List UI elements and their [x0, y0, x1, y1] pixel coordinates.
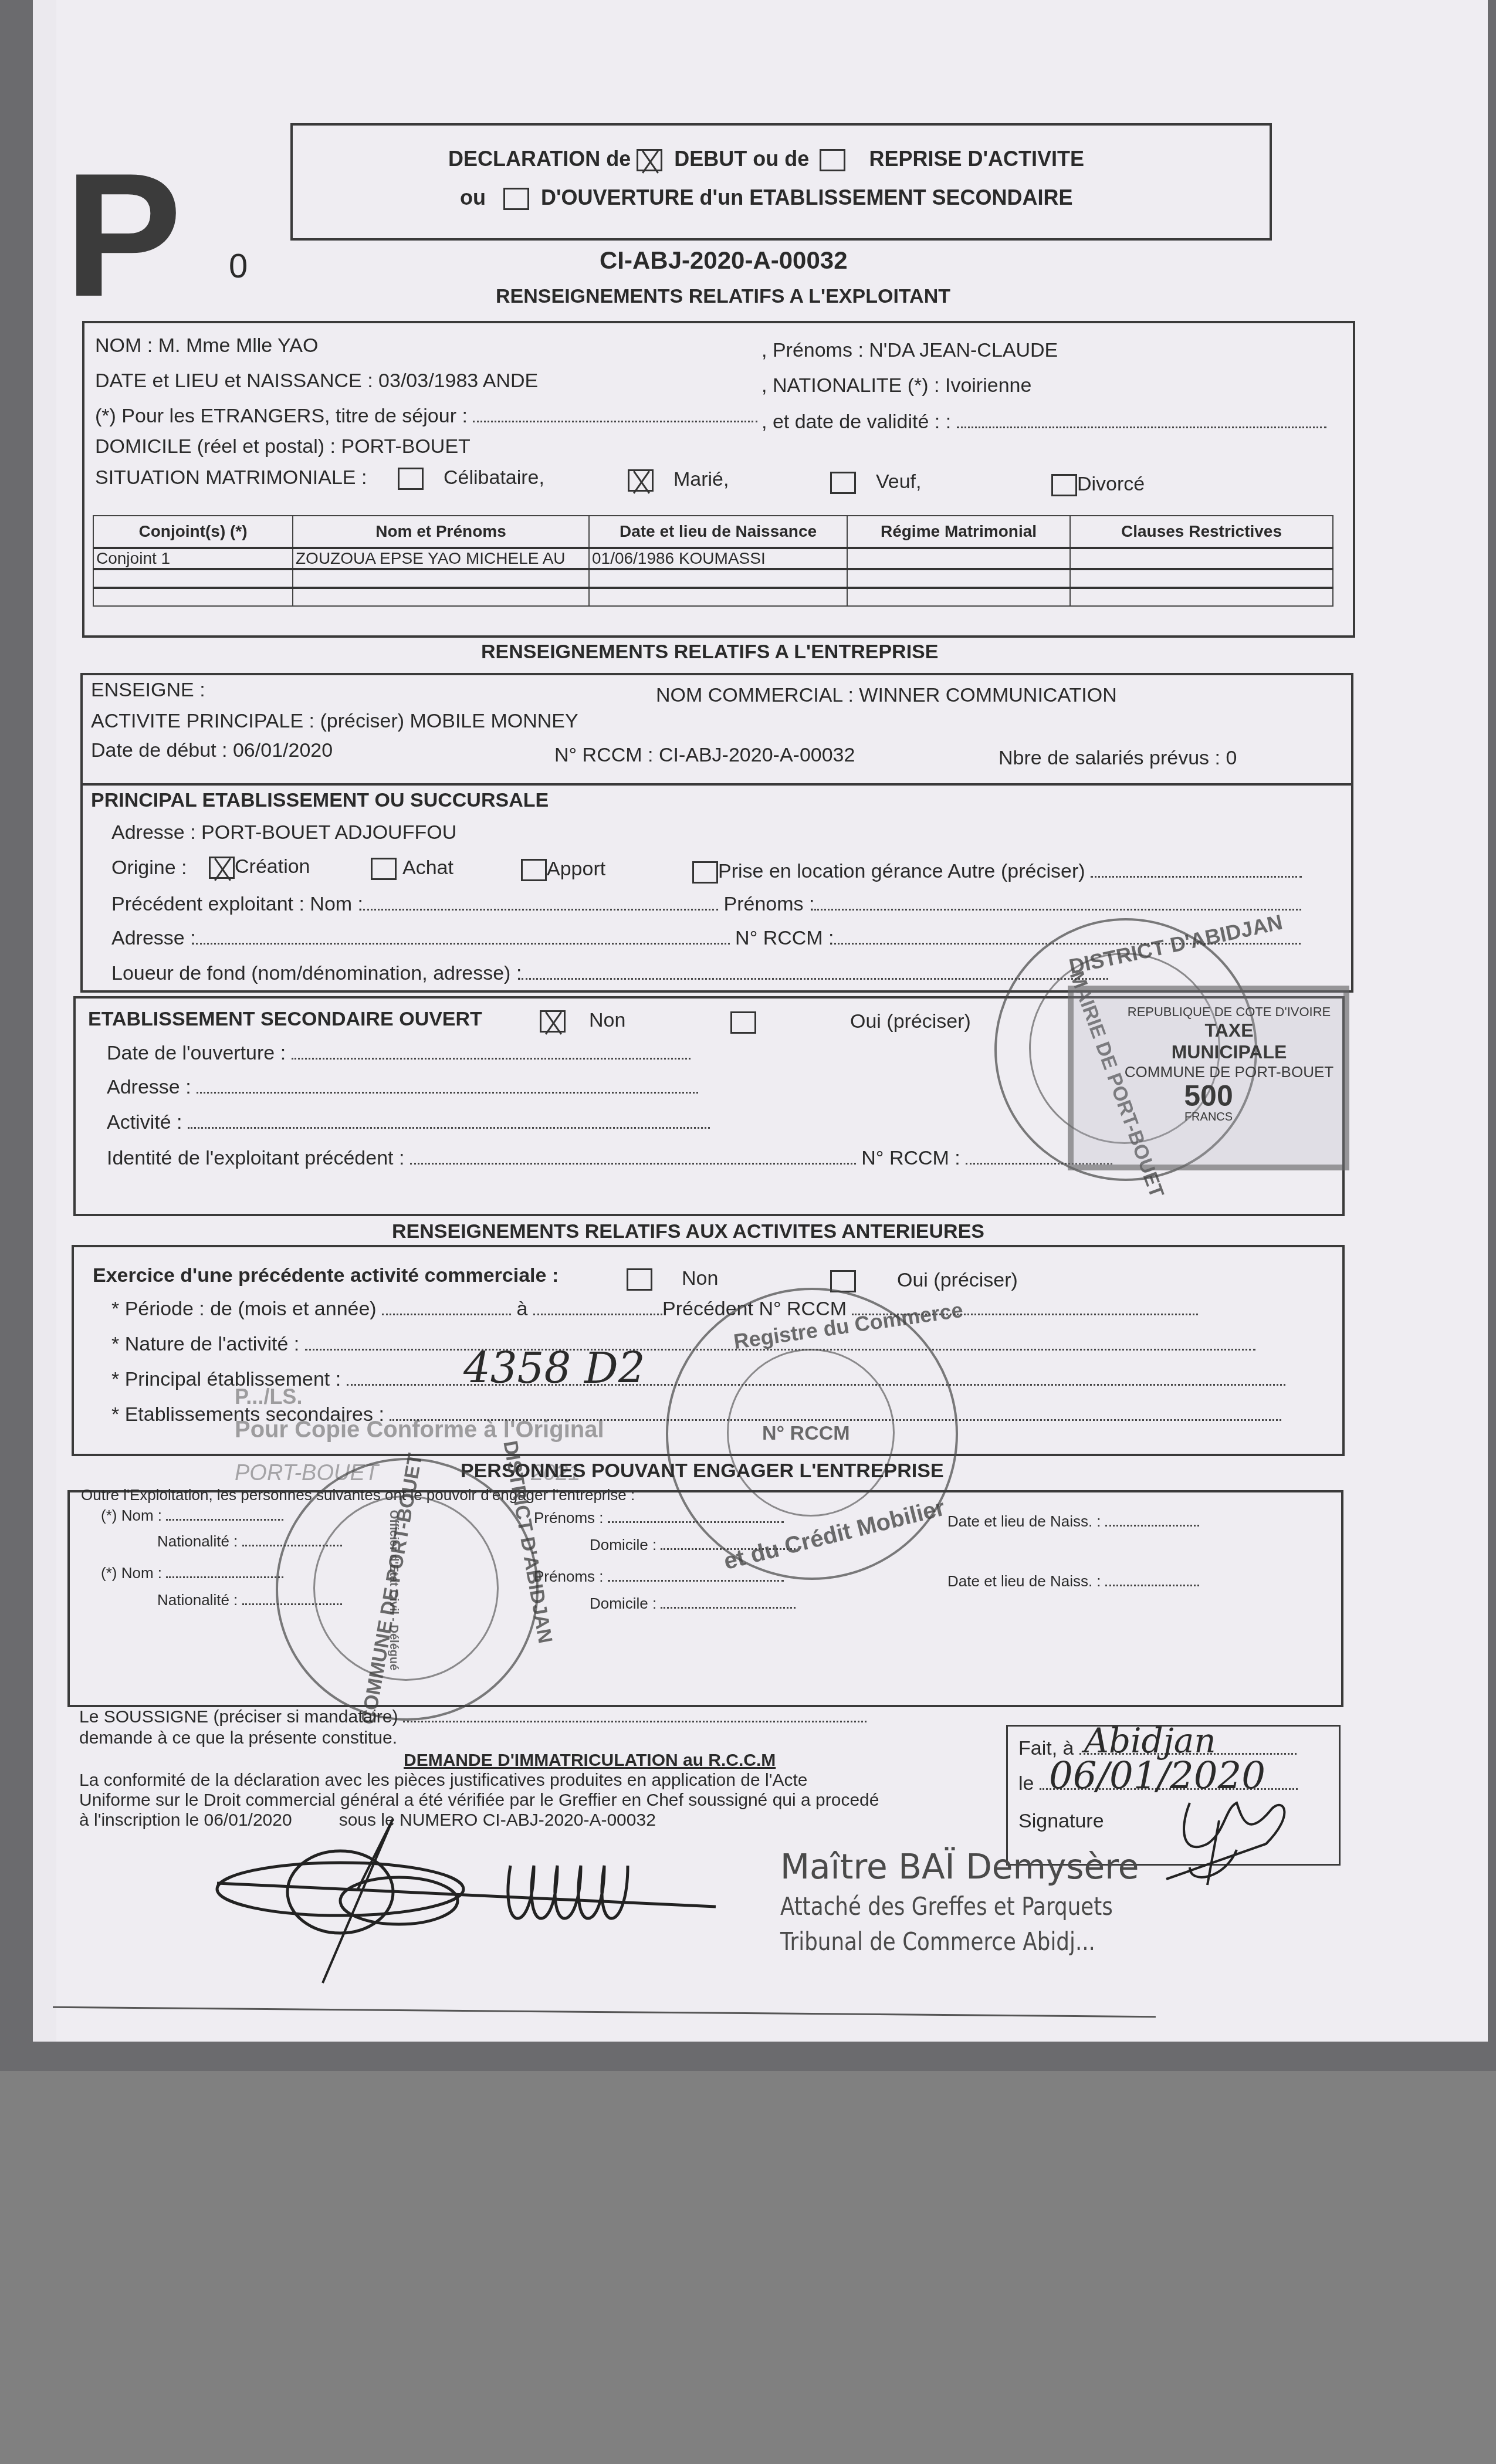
origine-creation[interactable]: Création: [209, 855, 310, 879]
demande: demande à ce que la présente constitue.: [79, 1728, 397, 1748]
personne1-domicile: Domicile :: [590, 1536, 796, 1554]
applicant-signature: [1155, 1785, 1307, 1891]
titre-sejour-field[interactable]: [473, 407, 757, 422]
situation-label: SITUATION MATRIMONIALE :: [95, 466, 367, 489]
periode: * Période : de (mois et année) à Précéde…: [111, 1298, 1198, 1321]
precedent-exploitant: Précédent exploitant : Nom : Prénoms :: [111, 893, 1301, 916]
personne2-naiss-field[interactable]: [1105, 1574, 1199, 1586]
personne2-domicile-field[interactable]: [661, 1596, 796, 1609]
personne2-nom-field[interactable]: [166, 1566, 283, 1578]
personne1-nom: (*) Nom :: [101, 1507, 283, 1525]
col-date-lieu: Date et lieu de Naissance: [589, 516, 847, 548]
personne2-prenoms: Prénoms :: [534, 1568, 784, 1586]
cell: 01/06/1986 KOUMASSI: [589, 548, 847, 569]
personne1-prenoms: Prénoms :: [534, 1509, 784, 1527]
exploitant-etrangers: (*) Pour les ETRANGERS, titre de séjour …: [95, 405, 757, 428]
copie-conforme-stamp: Pour Copie Conforme à l'Original: [235, 1417, 604, 1443]
exploitant-prenoms: , Prénoms : N'DA JEAN-CLAUDE: [761, 339, 1058, 362]
periode-a-field[interactable]: [533, 1299, 662, 1315]
reprise-checkbox[interactable]: [820, 149, 845, 171]
adresse2-field[interactable]: [196, 929, 730, 945]
personne1-domicile-field[interactable]: [661, 1538, 796, 1550]
debut-checkbox[interactable]: [637, 149, 662, 171]
personne2-prenoms-field[interactable]: [608, 1569, 784, 1582]
exercice-oui[interactable]: Oui (préciser): [830, 1269, 1018, 1292]
personne1-naiss: Date et lieu de Naiss. :: [947, 1512, 1199, 1531]
secondaire-adresse: Adresse :: [107, 1076, 698, 1099]
situation-marie[interactable]: Marié,: [628, 468, 729, 492]
situation-celibataire[interactable]: Célibataire,: [398, 466, 544, 490]
personne2-nom: (*) Nom :: [101, 1564, 283, 1582]
origine-achat[interactable]: Achat: [371, 857, 453, 880]
secondaire-adresse-field[interactable]: [197, 1078, 698, 1094]
exercice-non-checkbox[interactable]: [627, 1268, 652, 1291]
autre-field[interactable]: [1091, 862, 1302, 878]
form-index: 0: [229, 246, 248, 286]
identite-field[interactable]: [410, 1149, 856, 1165]
divorce-checkbox[interactable]: [1051, 474, 1077, 496]
activite-principale: ACTIVITE PRINCIPALE : (préciser) MOBILE …: [91, 710, 578, 733]
cell: [1070, 588, 1333, 606]
location-gerance-checkbox[interactable]: [692, 861, 718, 884]
secondaire-title: ETABLISSEMENT SECONDAIRE OUVERT: [88, 1008, 482, 1031]
celibataire-checkbox[interactable]: [398, 468, 424, 490]
origine-label: Origine :: [111, 857, 187, 879]
form-letter: P: [65, 147, 179, 323]
greffier-name: Maître BAÏ Demysère: [780, 1847, 1139, 1887]
situation-divorce[interactable]: Divorcé: [1051, 473, 1145, 496]
declaration-line-2: ou D'OUVERTURE d'un ETABLISSEMENT SECOND…: [460, 185, 1073, 210]
cell: ZOUZOUA EPSE YAO MICHELE AU: [293, 548, 589, 569]
divider: [80, 783, 1353, 786]
exercice-non[interactable]: Non: [627, 1267, 718, 1291]
enseigne: ENSEIGNE :: [91, 679, 205, 702]
col-clauses: Clauses Restrictives: [1070, 516, 1333, 548]
tax-stamp: REPUBLIQUE DE COTE D'IVOIRE TAXE MUNICIP…: [1068, 986, 1349, 1170]
exploitant-domicile: DOMICILE (réel et postal) : PORT-BOUET: [95, 435, 471, 458]
mandataire-field[interactable]: [403, 1709, 867, 1722]
conformite-line-2: Uniforme sur le Droit commercial général…: [79, 1791, 879, 1810]
exploitant-nom: NOM : M. Mme Mlle YAO: [95, 334, 318, 357]
periode-de-field[interactable]: [382, 1299, 511, 1315]
apport-checkbox[interactable]: [521, 859, 547, 881]
cell: Conjoint 1: [93, 548, 293, 569]
date-debut: Date de début : 06/01/2020: [91, 739, 333, 762]
cell: [847, 588, 1070, 606]
secondaire-activite-field[interactable]: [188, 1113, 710, 1129]
entreprise-rccm: N° RCCM : CI-ABJ-2020-A-00032: [554, 744, 855, 767]
secondaire-non[interactable]: Non: [540, 1009, 625, 1033]
commune-stamp: DISTRICT D'ABIDJAN COMMUNE DE PORT-BOUET…: [276, 1458, 539, 1721]
cell: [1070, 548, 1333, 569]
validite-field[interactable]: [957, 412, 1326, 428]
cell: [589, 569, 847, 588]
conformite-line-1: La conformité de la déclaration avec les…: [79, 1771, 807, 1791]
col-regime: Régime Matrimonial: [847, 516, 1070, 548]
origine-location[interactable]: Prise en location gérance Autre (précise…: [692, 860, 1302, 884]
exploitant-nationalite: , NATIONALITE (*) : Ivoirienne: [761, 374, 1031, 397]
principal-title: PRINCIPAL ETABLISSEMENT OU SUCCURSALE: [91, 789, 549, 812]
rccm-number: CI-ABJ-2020-A-00032: [600, 246, 848, 275]
ouverture-checkbox[interactable]: [503, 188, 529, 210]
immatriculation-title: DEMANDE D'IMMATRICULATION au R.C.C.M: [404, 1751, 776, 1771]
secondaire-date: Date de l'ouverture :: [107, 1042, 691, 1065]
table-row: [93, 588, 1333, 606]
section-title-personnes: PERSONNES POUVANT ENGAGER L'ENTREPRISE: [461, 1460, 944, 1483]
cell: [1070, 569, 1333, 588]
nom-commercial: NOM COMMERCIAL : WINNER COMMUNICATION: [656, 684, 1117, 707]
achat-checkbox[interactable]: [371, 858, 397, 880]
section-title-entreprise: RENSEIGNEMENTS RELATIFS A L'ENTREPRISE: [481, 641, 938, 664]
secondaire-oui[interactable]: Oui (préciser): [730, 1010, 971, 1034]
copie-ref: P.../LS.: [235, 1385, 302, 1409]
conjoints-table: Conjoint(s) (*) Nom et Prénoms Date et l…: [93, 515, 1333, 607]
cell: [847, 569, 1070, 588]
soussigne: Le SOUSSIGNE (préciser si mandataire): [79, 1707, 867, 1727]
personne1-naiss-field[interactable]: [1105, 1514, 1199, 1527]
marie-checkbox[interactable]: [628, 469, 654, 492]
cell: [93, 588, 293, 606]
secondaire-oui-checkbox[interactable]: [730, 1011, 756, 1034]
signature-box: Fait, à Abidjan le 06/01/2020 Signature: [1006, 1725, 1341, 1866]
section-title-exploitant: RENSEIGNEMENTS RELATIFS A L'EXPLOITANT: [496, 285, 950, 308]
table-row: Conjoint 1 ZOUZOUA EPSE YAO MICHELE AU 0…: [93, 548, 1333, 569]
precedent-nom-field[interactable]: [363, 895, 718, 911]
situation-veuf[interactable]: Veuf,: [830, 471, 922, 494]
veuf-checkbox[interactable]: [830, 472, 856, 494]
principal-adresse: Adresse : PORT-BOUET ADJOUFFOU: [111, 821, 456, 844]
greffier-title: Attaché des Greffes et Parquets: [780, 1892, 1113, 1921]
greffier-court: Tribunal de Commerce Abidj...: [780, 1927, 1095, 1956]
exploitant-validite: , et date de validité : :: [761, 411, 1326, 434]
personne2-domicile: Domicile :: [590, 1595, 796, 1613]
date-ouverture-field[interactable]: [292, 1044, 691, 1060]
exercice-label: Exercice d'une précédente activité comme…: [93, 1264, 559, 1287]
secondaire-non-checkbox[interactable]: [540, 1010, 566, 1033]
precedent-prenoms-field[interactable]: [814, 895, 1301, 911]
personne1-prenoms-field[interactable]: [608, 1511, 784, 1523]
creation-checkbox[interactable]: [209, 857, 235, 879]
section-title-anterieures: RENSEIGNEMENTS RELATIFS AUX ACTIVITES AN…: [392, 1220, 984, 1243]
handwritten-number: 4358 D2: [463, 1343, 645, 1393]
declaration-box: DECLARATION de DEBUT ou de REPRISE D'ACT…: [290, 123, 1272, 241]
secondaire-identite: Identité de l'exploitant précédent : N° …: [107, 1147, 1112, 1170]
table-row: [93, 569, 1333, 588]
declaration-line-1: DECLARATION de DEBUT ou de REPRISE D'ACT…: [448, 147, 1084, 171]
secondaire-activite: Activité :: [107, 1111, 710, 1134]
col-conjoints: Conjoint(s) (*): [93, 516, 293, 548]
personne2-naiss: Date et lieu de Naiss. :: [947, 1572, 1199, 1590]
personne1-nom-field[interactable]: [166, 1508, 283, 1521]
salaries-prevus: Nbre de salariés prévus : 0: [999, 747, 1237, 770]
cell: [93, 569, 293, 588]
exploitant-naissance: DATE et LIEU et NAISSANCE : 03/03/1983 A…: [95, 370, 538, 392]
cell: [293, 588, 589, 606]
col-nom-prenoms: Nom et Prénoms: [293, 516, 589, 548]
loueur-fond: Loueur de fond (nom/dénomination, adress…: [111, 962, 1108, 985]
signature-label: Signature: [1018, 1810, 1104, 1833]
cell: [847, 548, 1070, 569]
cell: [589, 588, 847, 606]
cell: [293, 569, 589, 588]
nature-activite: * Nature de l'activité :: [111, 1333, 1255, 1356]
origine-apport[interactable]: Apport: [521, 858, 605, 881]
